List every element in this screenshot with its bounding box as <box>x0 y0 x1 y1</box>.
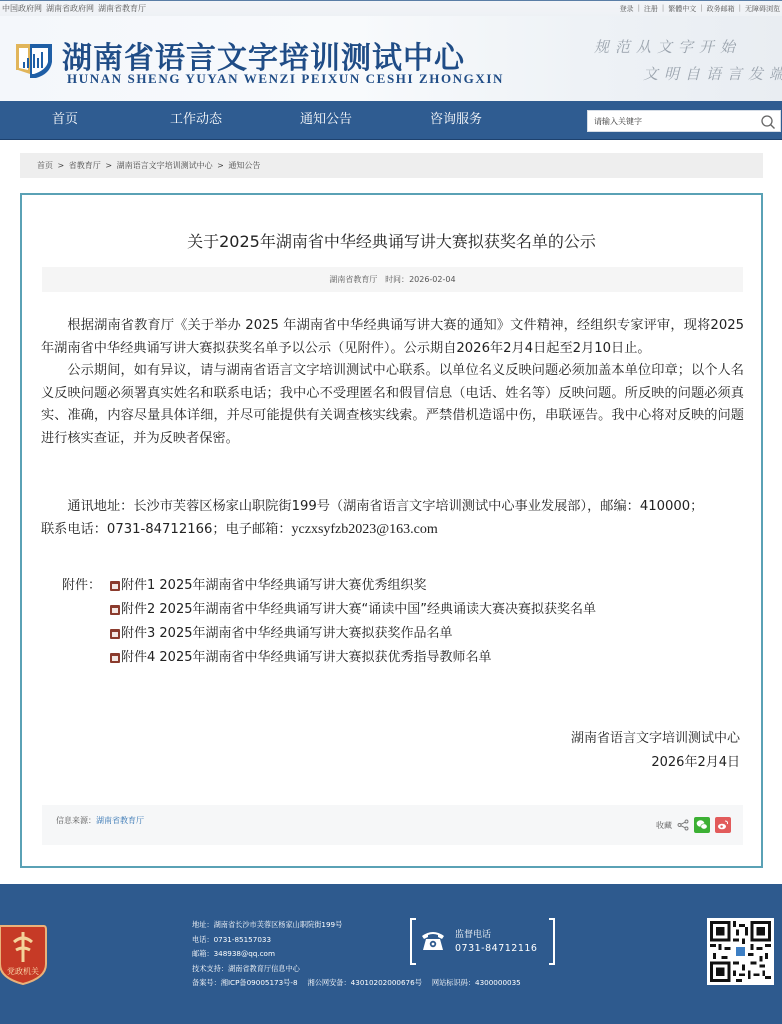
signature-org: 湖南省语言文字培训测试中心 <box>571 727 740 751</box>
slogan-line-1: 规范从文字开始 <box>594 36 741 57</box>
attachment-title: 附件1 2025年湖南省中华经典诵写讲大赛优秀组织奖 <box>121 574 427 598</box>
bracket-left <box>410 918 416 965</box>
meta-source: 湖南省教育厅 <box>329 275 377 284</box>
site-banner: 湖南省语言文字培训测试中心 HUNAN SHENG YUYAN WENZI PE… <box>0 16 782 101</box>
supervise-title: 监督电话 <box>455 927 491 940</box>
link-hunan-gov[interactable]: 湖南省政府网 <box>46 3 94 14</box>
contact-address: 通讯地址：长沙市芙蓉区杨家山职院街199号（湖南省语言文字培训测试中心事业发展部… <box>41 496 744 519</box>
meta-time: 2026-02-04 <box>409 275 456 284</box>
attachments-label: 附件： <box>62 574 110 598</box>
attachment-link-3[interactable]: 附件3 2025年湖南省中华经典诵写讲大赛拟获奖作品名单 <box>110 622 453 646</box>
top-utility-bar: 中国政府网 湖南省政府网 湖南省教育厅 登录 | 注册 | 繁體中文 | 政务邮… <box>0 0 782 16</box>
attachments-list: 附件： 附件1 2025年湖南省中华经典诵写讲大赛优秀组织奖 附件2 2025年… <box>62 574 596 670</box>
qr-code <box>707 918 774 985</box>
footer-filing: 备案号：湘ICP备09005173号-8湘公网安备：43010202000676… <box>192 976 521 991</box>
source-bar: 信息来源：湖南省教育厅 收藏 <box>42 805 743 845</box>
article-title: 关于2025年湖南省中华经典诵写讲大赛拟获奖名单的公示 <box>22 229 761 252</box>
signature: 湖南省语言文字培训测试中心 2026年2月4日 <box>571 727 740 775</box>
breadcrumb-home[interactable]: 首页 <box>37 161 53 170</box>
attachment-row: 附件： 附件1 2025年湖南省中华经典诵写讲大赛优秀组织奖 <box>62 574 596 598</box>
attachment-title: 附件3 2025年湖南省中华经典诵写讲大赛拟获奖作品名单 <box>121 622 453 646</box>
gov-mail-link[interactable]: 政务邮箱 <box>707 4 735 14</box>
site-logo-icon[interactable] <box>14 40 54 80</box>
breadcrumb-separator: > <box>217 161 224 170</box>
contact-phone: 联系电话：0731-84712166；电子邮箱： <box>41 522 292 537</box>
attachment-link-4[interactable]: 附件4 2025年湖南省中华经典诵写讲大赛拟获优秀指导教师名单 <box>110 646 492 670</box>
wechat-share-button[interactable] <box>694 817 710 833</box>
badge-text: 党政机关 <box>7 966 39 976</box>
share-area: 收藏 <box>656 817 731 833</box>
link-hunan-edu[interactable]: 湖南省教育厅 <box>98 3 146 14</box>
accessibility-link[interactable]: 无障碍浏览 <box>745 4 780 14</box>
signature-date: 2026年2月4日 <box>571 751 740 775</box>
body-paragraph: 公示期间，如有异议，请与湖南省语言文字培训测试中心联系。以单位名义反映问题必须加… <box>41 360 744 450</box>
breadcrumb-notices[interactable]: 通知公告 <box>228 161 260 170</box>
body-paragraph: 根据湖南省教育厅《关于举办 2025 年湖南省中华经典诵写讲大赛的通知》文件精神… <box>41 315 744 360</box>
attachment-row: 附件4 2025年湖南省中华经典诵写讲大赛拟获优秀指导教师名单 <box>62 646 596 670</box>
bracket-right <box>549 918 555 965</box>
source-link[interactable]: 湖南省教育厅 <box>96 816 144 825</box>
breadcrumb-separator: > <box>58 161 65 170</box>
nav-item-consulting[interactable]: 咨询服务 <box>430 101 482 139</box>
link-china-gov[interactable]: 中国政府网 <box>2 3 42 14</box>
weibo-share-button[interactable] <box>715 817 731 833</box>
attachment-row: 附件2 2025年湖南省中华经典诵写讲大赛“诵读中国”经典诵读大赛决赛拟获奖名单 <box>62 598 596 622</box>
register-link[interactable]: 注册 <box>644 4 658 14</box>
site-subtitle: HUNAN SHENG YUYAN WENZI PEIXUN CESHI ZHO… <box>67 71 504 87</box>
search-input[interactable] <box>594 114 754 129</box>
divider: | <box>739 4 741 14</box>
site-footer: 党政机关 地址：湖南省长沙市芙蓉区杨家山职院街199号 电话：0731-8515… <box>0 884 782 1024</box>
breadcrumb-separator: > <box>105 161 112 170</box>
info-source: 信息来源：湖南省教育厅 <box>56 815 144 826</box>
supervision-hotline: 监督电话 0731-84712116 <box>410 918 555 965</box>
file-icon <box>110 629 120 639</box>
site-id: 网站标识码：4300000035 <box>432 978 521 987</box>
file-icon <box>110 605 120 615</box>
qr-code-icon <box>710 921 771 982</box>
wechat-icon <box>696 819 708 831</box>
breadcrumb-center[interactable]: 湖南语言文字培训测试中心 <box>117 161 213 170</box>
attachment-title: 附件4 2025年湖南省中华经典诵写讲大赛拟获优秀指导教师名单 <box>121 646 492 670</box>
divider: | <box>700 4 702 14</box>
breadcrumb: 首页 > 省教育厅 > 湖南语言文字培训测试中心 > 通知公告 <box>20 153 763 178</box>
attachment-row: 附件3 2025年湖南省中华经典诵写讲大赛拟获奖作品名单 <box>62 622 596 646</box>
login-link[interactable]: 登录 <box>620 4 634 14</box>
nav-item-work-news[interactable]: 工作动态 <box>170 101 222 139</box>
nav-item-home[interactable]: 首页 <box>52 101 78 139</box>
main-nav: 首页 工作动态 通知公告 咨询服务 <box>0 101 782 139</box>
supervise-phone: 0731-84712116 <box>455 943 537 954</box>
attachment-title: 附件2 2025年湖南省中华经典诵写讲大赛“诵读中国”经典诵读大赛决赛拟获奖名单 <box>121 598 596 622</box>
attachment-link-2[interactable]: 附件2 2025年湖南省中华经典诵写讲大赛“诵读中国”经典诵读大赛决赛拟获奖名单 <box>110 598 596 622</box>
contact-email: yczxsyfzb2023@163.com <box>292 522 438 537</box>
divider: | <box>638 4 640 14</box>
search-box <box>587 110 781 132</box>
divider: | <box>662 4 664 14</box>
police-filing-link[interactable]: 湘公网安备：43010202000676号 <box>308 978 422 987</box>
favorite-button[interactable]: 收藏 <box>656 820 672 831</box>
contact-info: 通讯地址：长沙市芙蓉区杨家山职院街199号（湖南省语言文字培训测试中心事业发展部… <box>41 496 744 541</box>
icp-link[interactable]: 备案号：湘ICP备09005173号-8 <box>192 978 298 987</box>
meta-time-label: 时间： <box>385 275 409 284</box>
user-links: 登录 | 注册 | 繁體中文 | 政务邮箱 | 无障碍浏览 <box>620 4 780 14</box>
article-body: 根据湖南省教育厅《关于举办 2025 年湖南省中华经典诵写讲大赛的通知》文件精神… <box>41 315 744 450</box>
gov-links: 中国政府网 湖南省政府网 湖南省教育厅 <box>2 3 146 14</box>
share-icon[interactable] <box>677 819 689 831</box>
attachment-link-1[interactable]: 附件1 2025年湖南省中华经典诵写讲大赛优秀组织奖 <box>110 574 427 598</box>
contact-phone-email: 联系电话：0731-84712166；电子邮箱：yczxsyfzb2023@16… <box>41 519 744 542</box>
telephone-icon <box>420 928 446 952</box>
file-icon <box>110 653 120 663</box>
breadcrumb-edu-dept[interactable]: 省教育厅 <box>69 161 101 170</box>
slogan-line-2: 文明自语言发端 <box>643 63 782 84</box>
nav-item-notices[interactable]: 通知公告 <box>300 101 352 139</box>
weibo-icon <box>717 819 729 831</box>
traditional-chinese-link[interactable]: 繁體中文 <box>668 4 696 14</box>
article-meta: 湖南省教育厅 时间：2026-02-04 <box>42 267 743 292</box>
search-icon[interactable] <box>760 114 776 130</box>
source-label: 信息来源： <box>56 816 96 825</box>
file-icon <box>110 581 120 591</box>
party-govt-badge-icon[interactable]: 党政机关 <box>0 924 48 986</box>
article-panel: 关于2025年湖南省中华经典诵写讲大赛拟获奖名单的公示 湖南省教育厅 时间：20… <box>20 193 763 868</box>
